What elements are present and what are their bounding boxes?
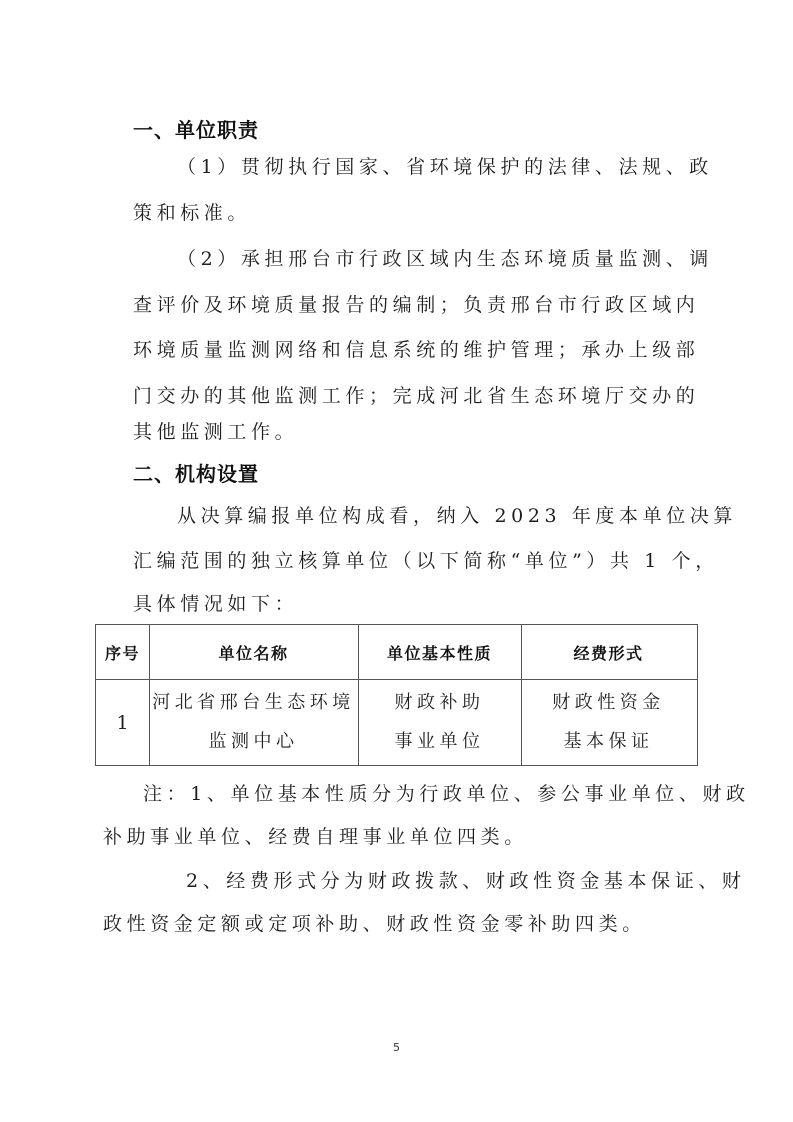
paragraph-line: 其他监测工作。 — [133, 417, 298, 444]
table-header-funding-form: 经费形式 — [521, 625, 696, 679]
note-line: 补助事业单位、经费自理事业单位四类。 — [103, 822, 528, 849]
page-number: 5 — [0, 1041, 793, 1054]
paragraph-line: 查评价及环境质量报告的编制；负责邢台市行政区域内 — [133, 290, 699, 317]
table-cell-unit-name: 河北省邢台生态环境 监测中心 — [149, 680, 358, 765]
paragraph-line: （2）承担邢台市行政区域内生态环境质量监测、调 — [177, 244, 713, 271]
table-cell-funding-form: 财政性资金 基本保证 — [521, 680, 696, 765]
note-line: 2、经费形式分为财政拨款、财政性资金基本保证、财 — [186, 866, 746, 893]
table-cell-seq: 1 — [96, 680, 149, 765]
table-header-unit-nature: 单位基本性质 — [358, 625, 521, 679]
section-heading-responsibilities: 一、单位职责 — [133, 114, 259, 143]
paragraph-line: 策和标准。 — [133, 198, 251, 225]
paragraph-line: （1）贯彻执行国家、省环境保护的法律、法规、政 — [177, 152, 713, 179]
unit-table: 序号 单位名称 单位基本性质 经费形式 1 河北省邢台生态环境 监测中心 财政补… — [95, 624, 698, 766]
table-cell-unit-nature: 财政补助 事业单位 — [358, 680, 521, 765]
note-line: 政性资金定额或定项补助、财政性资金零补助四类。 — [103, 909, 646, 936]
paragraph-line: 汇编范围的独立核算单位（以下简称“单位”）共 1 个， — [133, 546, 719, 573]
paragraph-line: 具体情况如下： — [133, 589, 298, 616]
section-heading-organization: 二、机构设置 — [133, 458, 259, 487]
note-line: 注：1、单位基本性质分为行政单位、参公事业单位、财政 — [143, 779, 750, 806]
table-header-unit-name: 单位名称 — [149, 625, 358, 679]
table-header-seq: 序号 — [96, 625, 149, 679]
paragraph-line: 环境质量监测网络和信息系统的维护管理；承办上级部 — [133, 335, 699, 362]
document-page: 一、单位职责 （1）贯彻执行国家、省环境保护的法律、法规、政 策和标准。 （2）… — [0, 0, 793, 1122]
paragraph-line: 门交办的其他监测工作；完成河北省生态环境厅交办的 — [133, 381, 699, 408]
paragraph-line: 从决算编报单位构成看，纳入 2023 年度本单位决算 — [177, 501, 737, 528]
